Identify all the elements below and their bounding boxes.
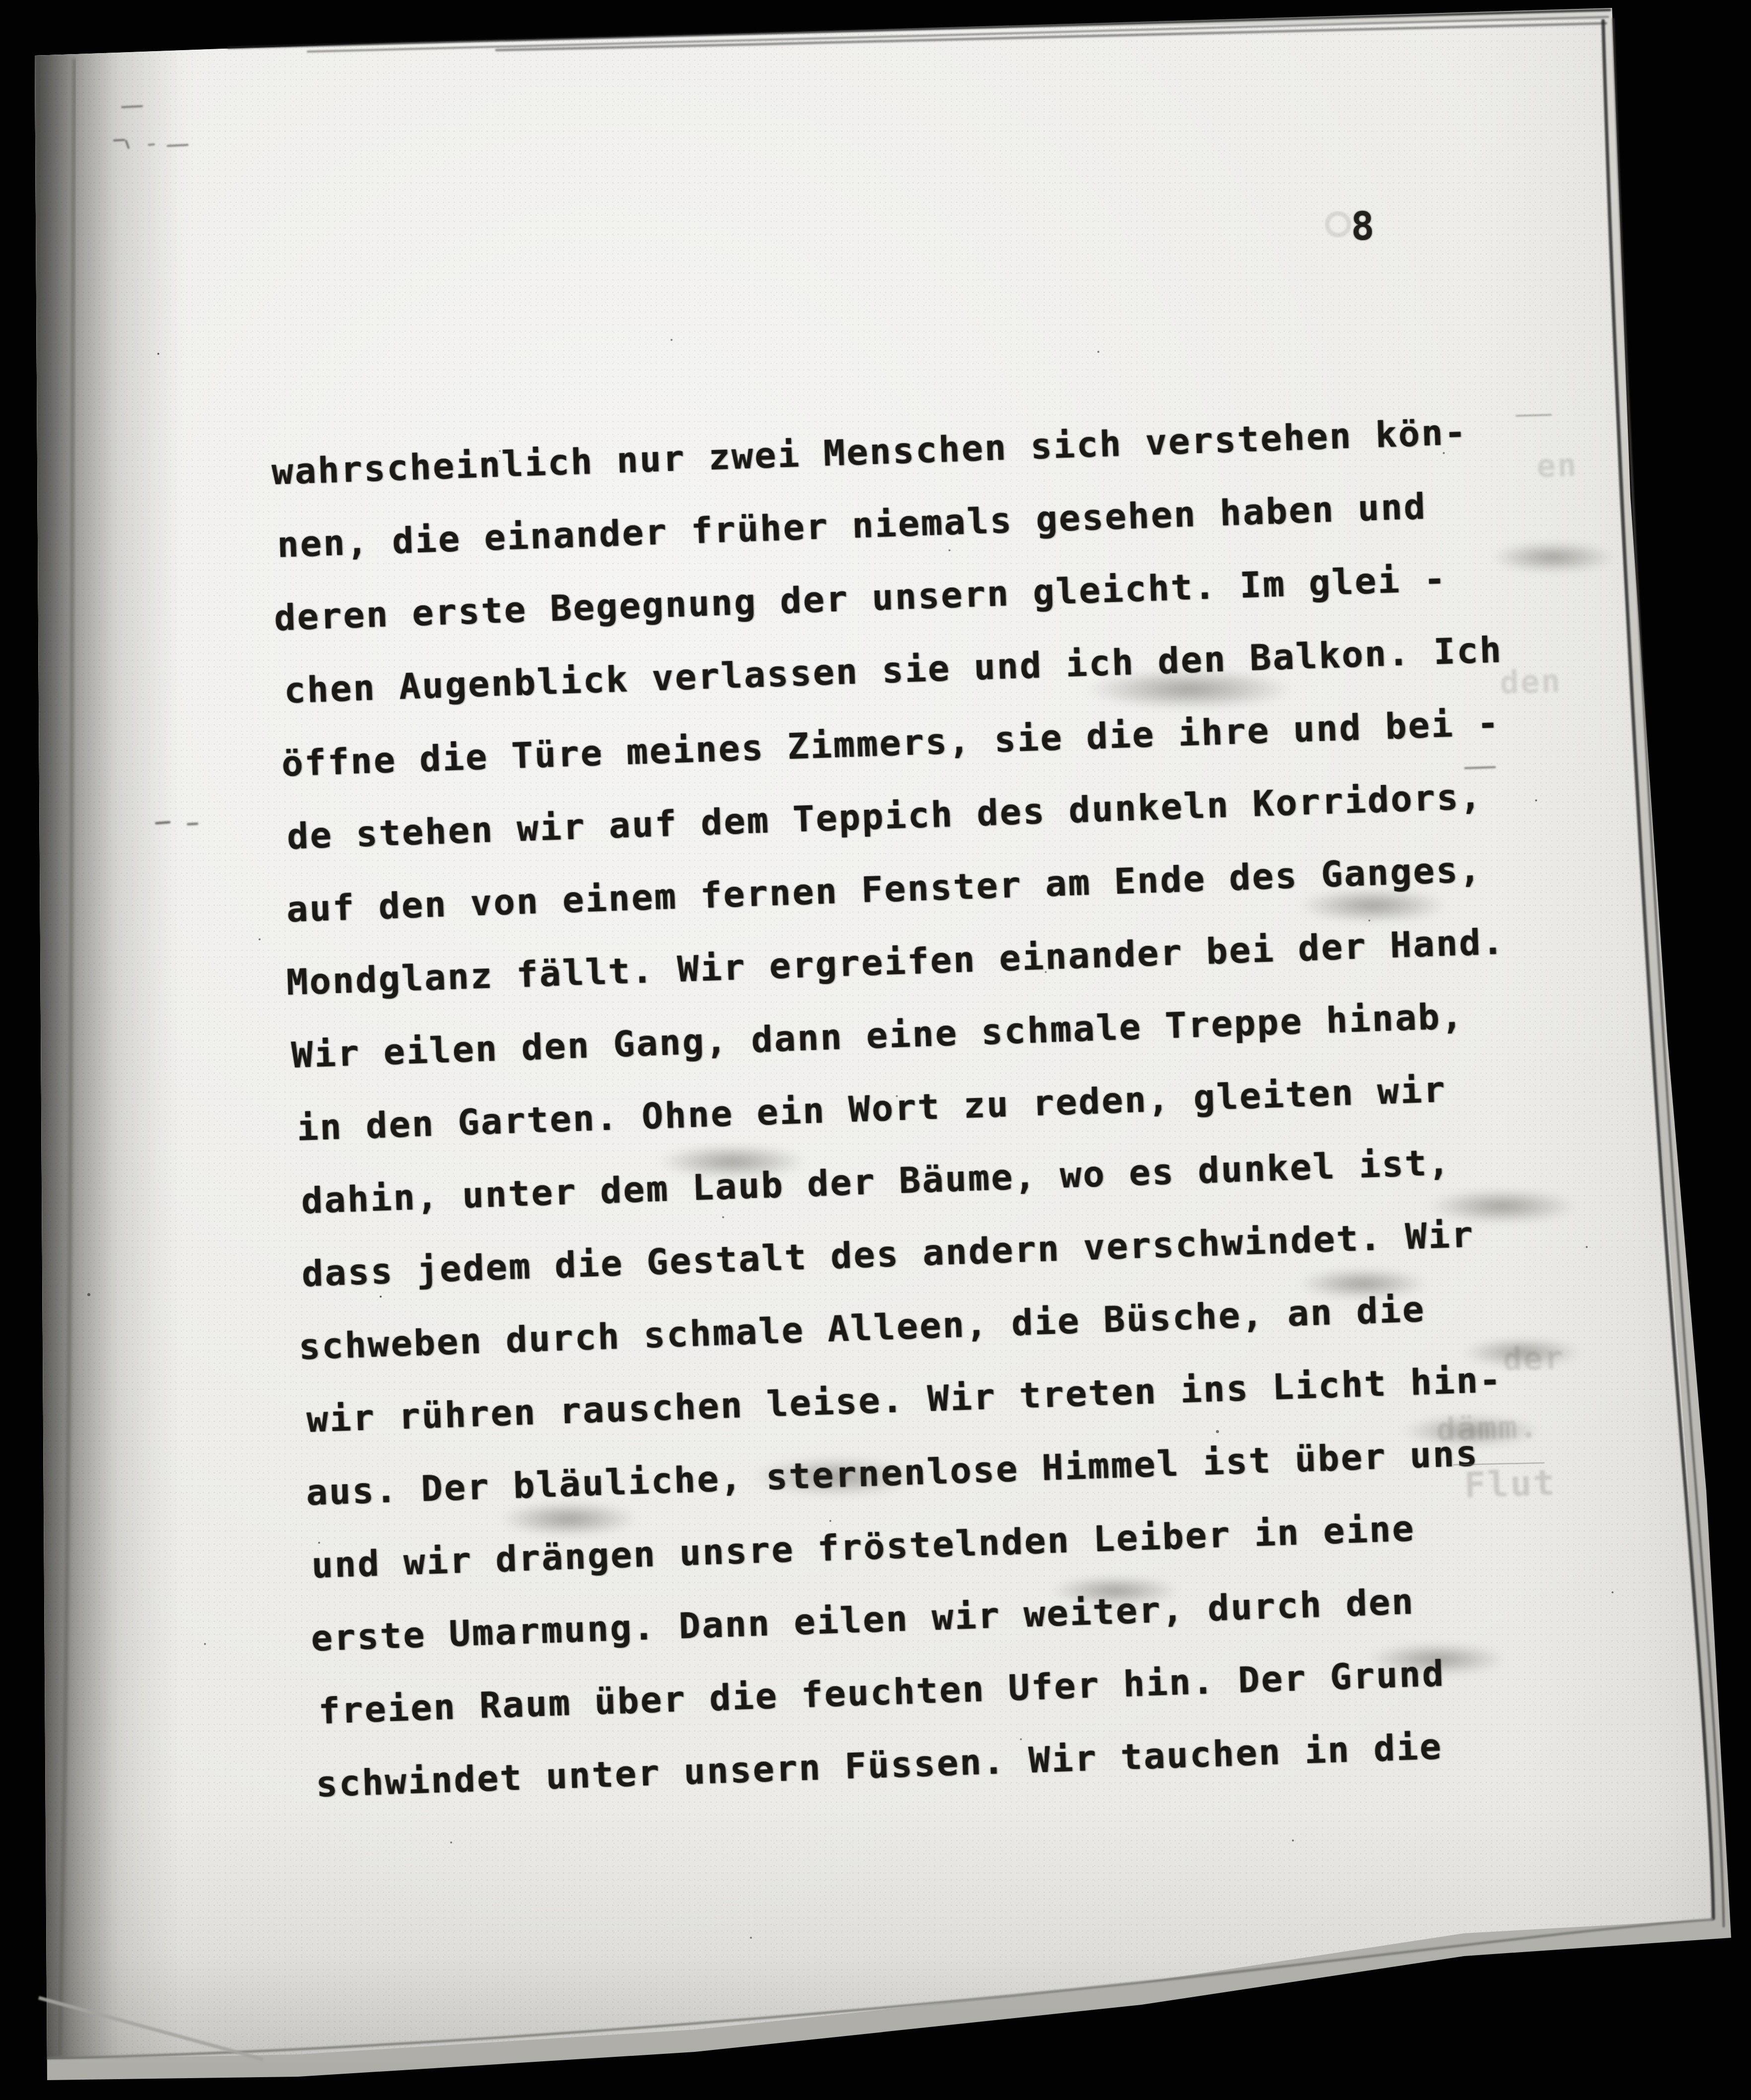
bleedthrough-smudge <box>1491 542 1615 573</box>
gutter-shadow <box>31 50 180 2064</box>
manuscript-scan-root: 8 wahrscheinlich nur zwei Menschen sich … <box>0 0 1751 2100</box>
ghost-bleedthrough-text: Flut <box>1464 1461 1557 1506</box>
typewritten-text-block: wahrscheinlich nur zwei Menschen sich ve… <box>270 394 1541 1821</box>
page-number: 8 <box>1350 204 1375 249</box>
ghost-bleedthrough-text: dämm. <box>1436 1409 1540 1449</box>
ghost-bleedthrough-text: der <box>1502 1340 1565 1378</box>
manuscript-page: 8 wahrscheinlich nur zwei Menschen sich … <box>0 0 1751 2100</box>
dust-specks <box>0 0 1 1</box>
ghost-bleedthrough-text: en <box>1536 447 1578 485</box>
ghost-bleedthrough-text: den <box>1499 663 1562 702</box>
